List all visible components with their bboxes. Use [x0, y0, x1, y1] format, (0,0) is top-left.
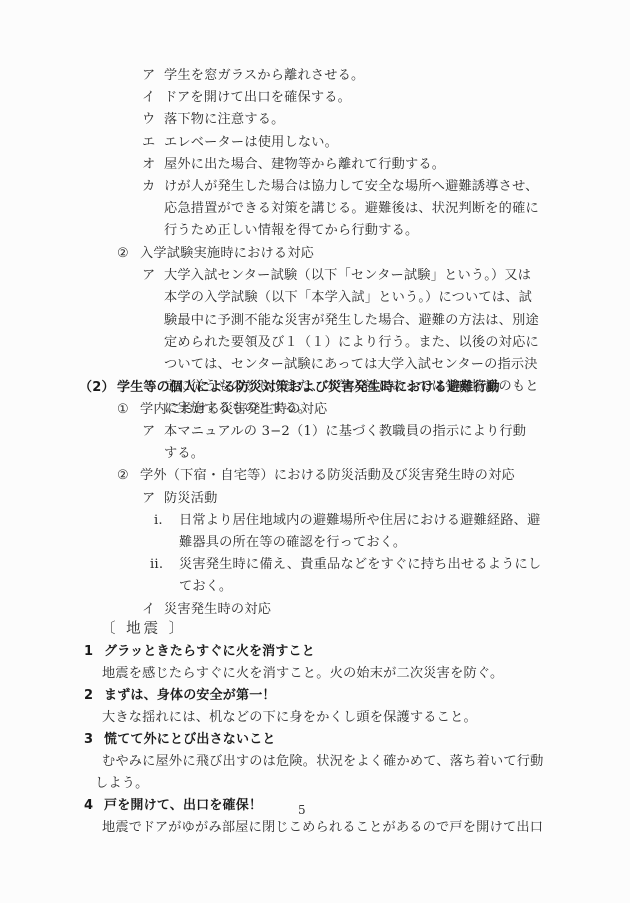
item-text-line: 定められた要領及び１（１）により行う。また、以後の対応に [164, 334, 539, 352]
item-text: 落下物に注意する。 [164, 111, 285, 129]
tip-number: 3 [84, 731, 93, 749]
tip-text-line: 地震を感じたらすぐに火を消すこと。火の始末が二次災害を防ぐ。 [102, 665, 503, 683]
item-marker: イ [142, 89, 155, 107]
item-text-line: 行うため正しい情報を得てから行動する。 [164, 222, 418, 240]
item-text: エレベーターは使用しない。 [164, 134, 338, 152]
tip-text-line: 大きな揺れには、机などの下に身をかくし頭を保護すること。 [102, 709, 477, 727]
item-text-line: する。 [164, 445, 204, 463]
tip-text-line: しよう。 [95, 775, 149, 793]
tip-number: 2 [84, 687, 93, 705]
item-text-line: 応急措置ができる対策を講じる。避難後は、状況判断を的確に [164, 200, 539, 218]
page-number: 5 [298, 803, 306, 817]
tip-number: 4 [84, 797, 93, 815]
item-marker: ア [142, 490, 155, 508]
item-marker: イ [142, 601, 155, 619]
tip-heading: グラッときたらすぐに火を消すこと [104, 643, 315, 661]
point-text-line: 災害発生時に備え、貴重品などをすぐに持ち出せるようにし [179, 556, 541, 574]
point-text-line: 日常より居住地域内の避難場所や住居における避難経路、避 [179, 512, 540, 530]
item-text-line: 本マニュアルの 3−2（1）に基づく教職員の指示により行動 [164, 423, 526, 441]
item-text-line: ついては、センター試験にあっては大学入試センターの指示決 [164, 356, 538, 374]
item-marker: ア [142, 423, 155, 441]
tip-text-line: 地震でドアがゆがみ部屋に閉じこめられることがあるので戸を開けて出口 [102, 819, 543, 837]
subsection-marker: ② [117, 467, 129, 485]
item-marker: エ [142, 134, 155, 152]
item-text: 学生を窓ガラスから離れさせる。 [164, 67, 364, 85]
tip-number: 1 [84, 643, 93, 661]
item-marker: ア [142, 67, 155, 85]
subsection-heading: 学外（下宿・自宅等）における防災活動及び災害発生時の対応 [140, 467, 515, 485]
subsection-marker: ① [117, 401, 129, 419]
point-marker: i. [154, 512, 163, 530]
tip-text-line: むやみに屋外に飛び出すのは危険。状況をよく確かめて、落ち着いて行動 [102, 753, 544, 771]
item-marker: ウ [142, 111, 155, 129]
section-marker: （2） [79, 379, 115, 397]
item-text-line: 験最中に予測不能な災害が発生した場合、避難の方法は、別途 [164, 312, 539, 330]
tip-heading: まずは、身体の安全が第一！ [104, 687, 276, 705]
item-text: 屋外に出た場合、建物等から離れて行動する。 [164, 156, 445, 174]
item-marker: ア [142, 267, 155, 285]
subsection-heading: 学内における災害発生時の対応 [140, 401, 327, 419]
item-text: ドアを開けて出口を確保する。 [164, 89, 351, 107]
point-text-line: ておく。 [179, 578, 232, 596]
tip-heading: 戸を開けて、出口を確保！ [104, 797, 262, 815]
point-marker: ii. [150, 556, 163, 574]
earthquake-title: 〔 地震 〕 [101, 620, 186, 638]
item-marker: カ [142, 178, 155, 196]
item-heading: 災害発生時の対応 [164, 601, 271, 619]
section-heading: 学生等の個人による防災対策および災害発生時における避難行動 [117, 379, 500, 397]
item-text-line: 本学の入学試験（以下「本学入試」という。）については、試 [164, 289, 532, 307]
section-marker: ② [117, 245, 129, 263]
section-heading: 入学試験実施時における対応 [140, 245, 314, 263]
point-text-line: 難器具の所在等の確認を行っておく。 [179, 534, 406, 552]
tip-heading: 慌てて外にとび出さないこと [104, 731, 276, 749]
item-text-line: けが人が発生した場合は協力して安全な場所へ避難誘導させ、 [164, 178, 538, 196]
item-text-line: 大学入試センター試験（以下「センター試験」という。）又は [164, 267, 531, 285]
item-marker: オ [142, 156, 155, 174]
item-heading: 防災活動 [164, 490, 218, 508]
